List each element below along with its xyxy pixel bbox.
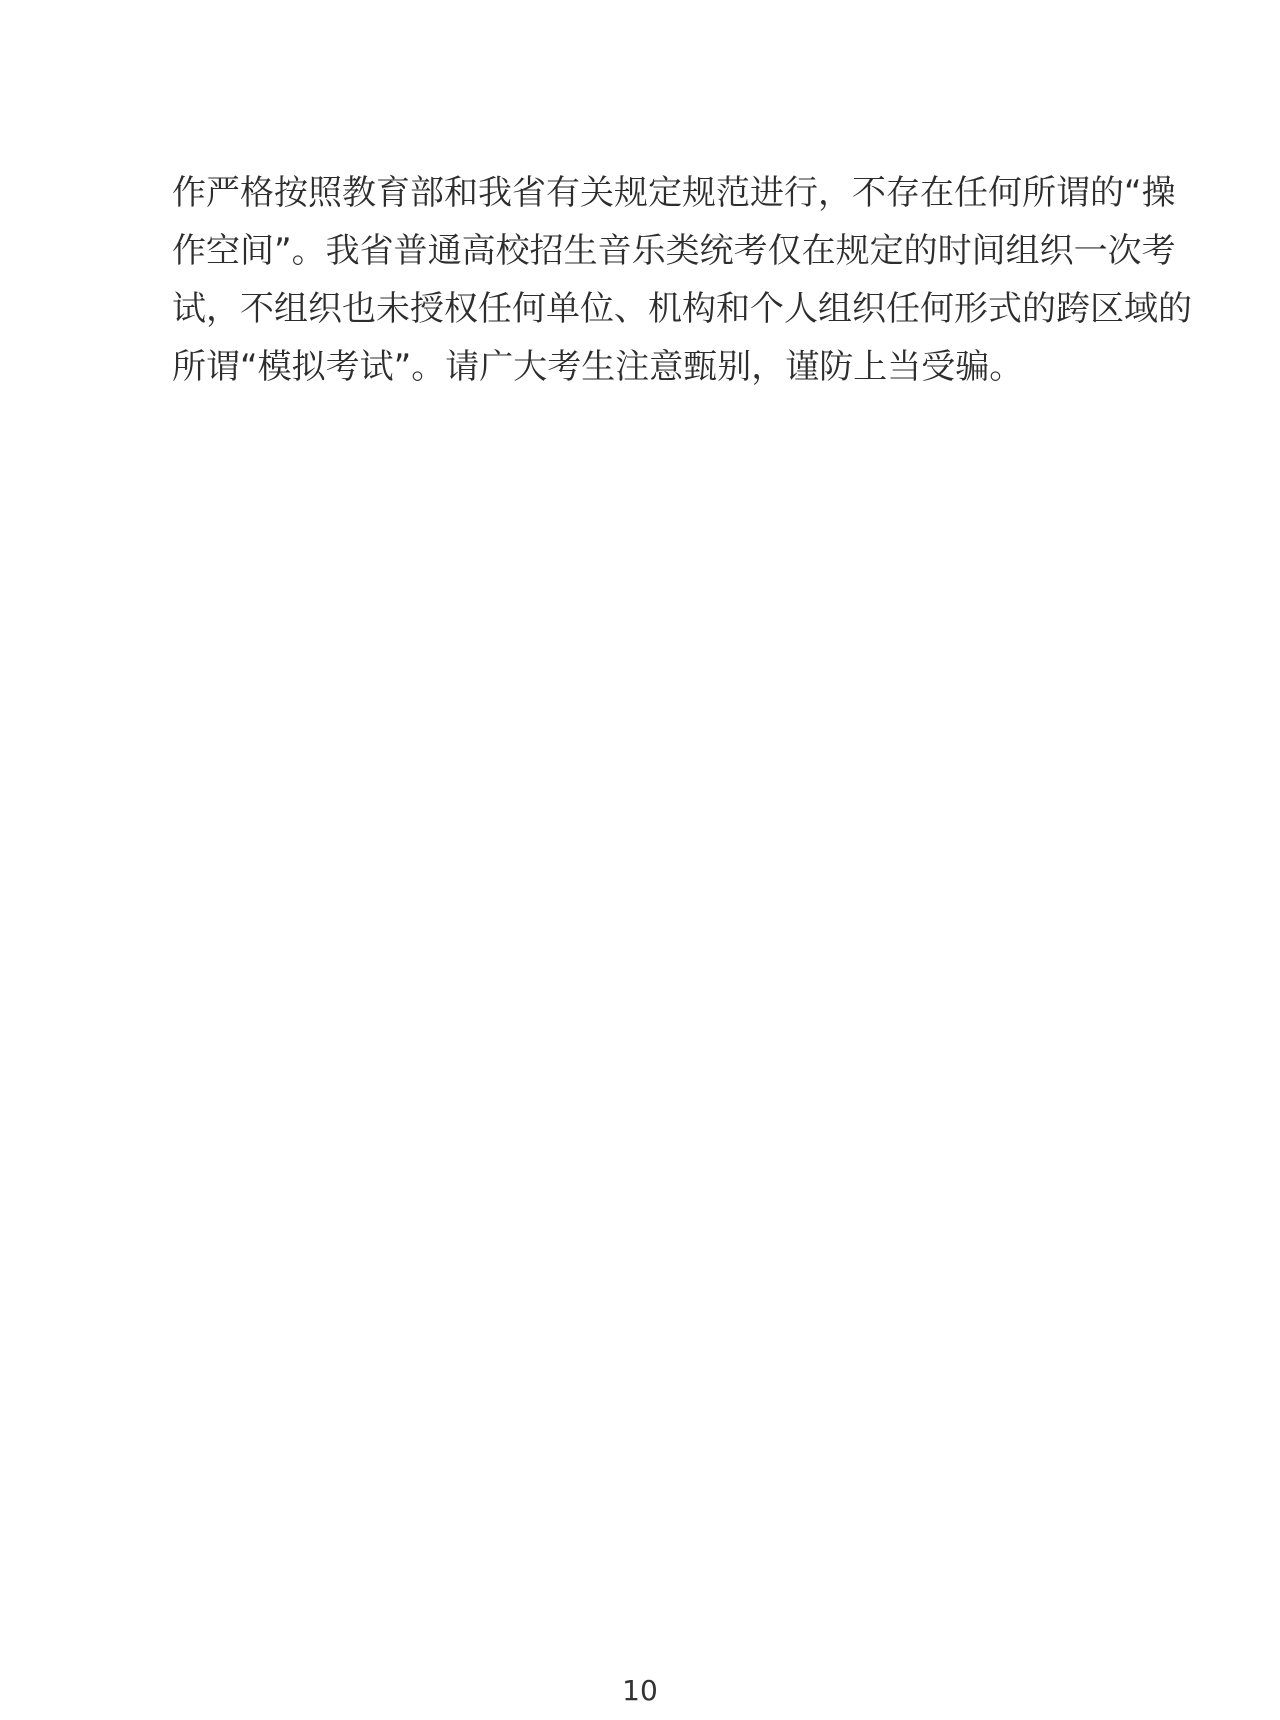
page-number: 10: [0, 1676, 1280, 1706]
body-paragraph: 作严格按照教育部和我省有关规定规范进行，不存在任何所谓的“操 作空间”。我省普通…: [172, 164, 1122, 396]
paragraph-line-4: 所谓“模拟考试”。请广大考生注意甄别，谨防上当受骗。: [172, 338, 1122, 396]
paragraph-line-3: 试，不组织也未授权任何单位、机构和个人组织任何形式的跨区域的: [172, 280, 1122, 338]
paragraph-line-1: 作严格按照教育部和我省有关规定规范进行，不存在任何所谓的“操: [172, 164, 1122, 222]
paragraph-line-2: 作空间”。我省普通高校招生音乐类统考仅在规定的时间组织一次考: [172, 222, 1122, 280]
document-page: 作严格按照教育部和我省有关规定规范进行，不存在任何所谓的“操 作空间”。我省普通…: [0, 0, 1280, 1720]
